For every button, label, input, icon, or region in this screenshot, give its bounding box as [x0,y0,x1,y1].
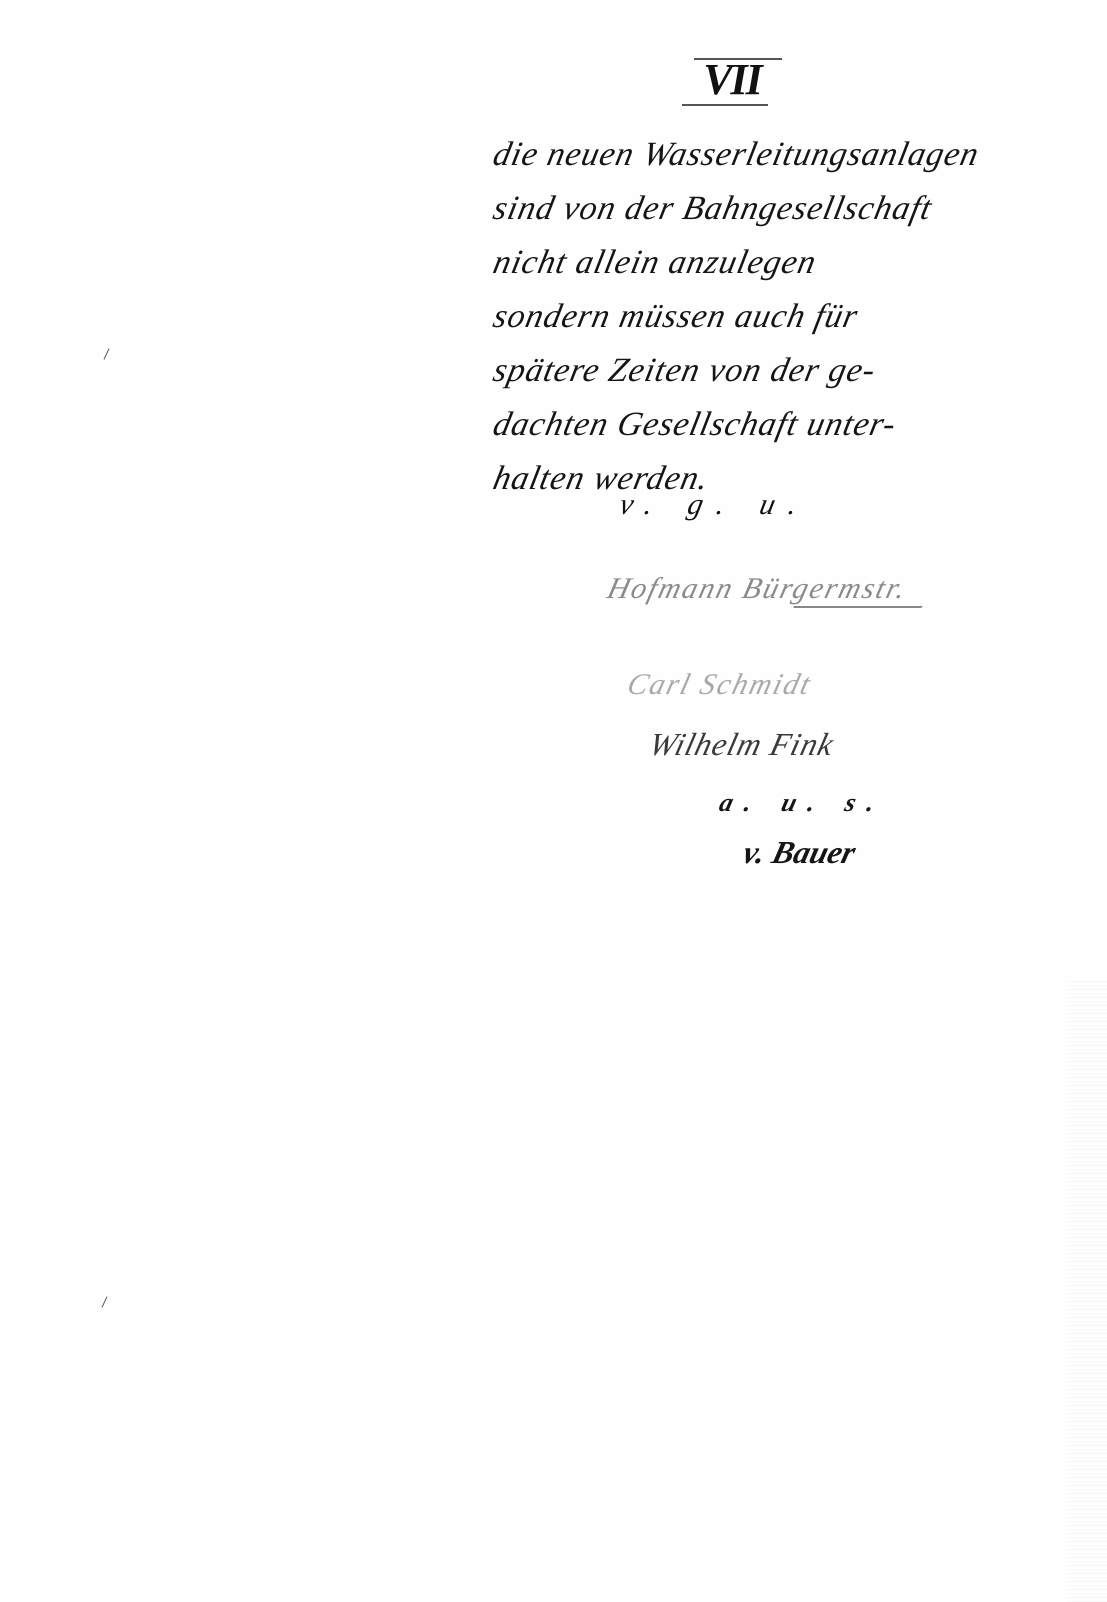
handwritten-body: die neuen Wasserleitungsanlagen sind von… [488,128,1048,506]
stray-mark [104,348,110,359]
closing-formula: v. g. u. [616,488,814,522]
text-line: die neuen Wasserleitungsanlagen [488,128,1059,182]
text-line: sondern müssen auch für [488,290,1059,344]
signature-hofmann: Hofmann Bürgermstr. [604,572,911,606]
stray-mark [102,1296,108,1307]
signature-schmidt: Carl Schmidt [624,668,816,702]
page-number-heading: VII [682,60,782,100]
text-line: dachten Gesellschaft unter- [488,398,1059,452]
manuscript-page: VII die neuen Wasserleitungsanlagen sind… [0,0,1107,1602]
text-line: nicht allein anzulegen [488,236,1059,290]
signature-abbreviation: a. u. s. [716,788,890,818]
signature-bauer: v. Bauer [739,834,859,871]
scan-edge-noise [1067,980,1107,1602]
signature-fink: Wilhelm Fink [645,726,838,763]
text-line: spätere Zeiten von der ge- [488,344,1059,398]
text-line: sind von der Bahngesellschaft [488,182,1059,236]
